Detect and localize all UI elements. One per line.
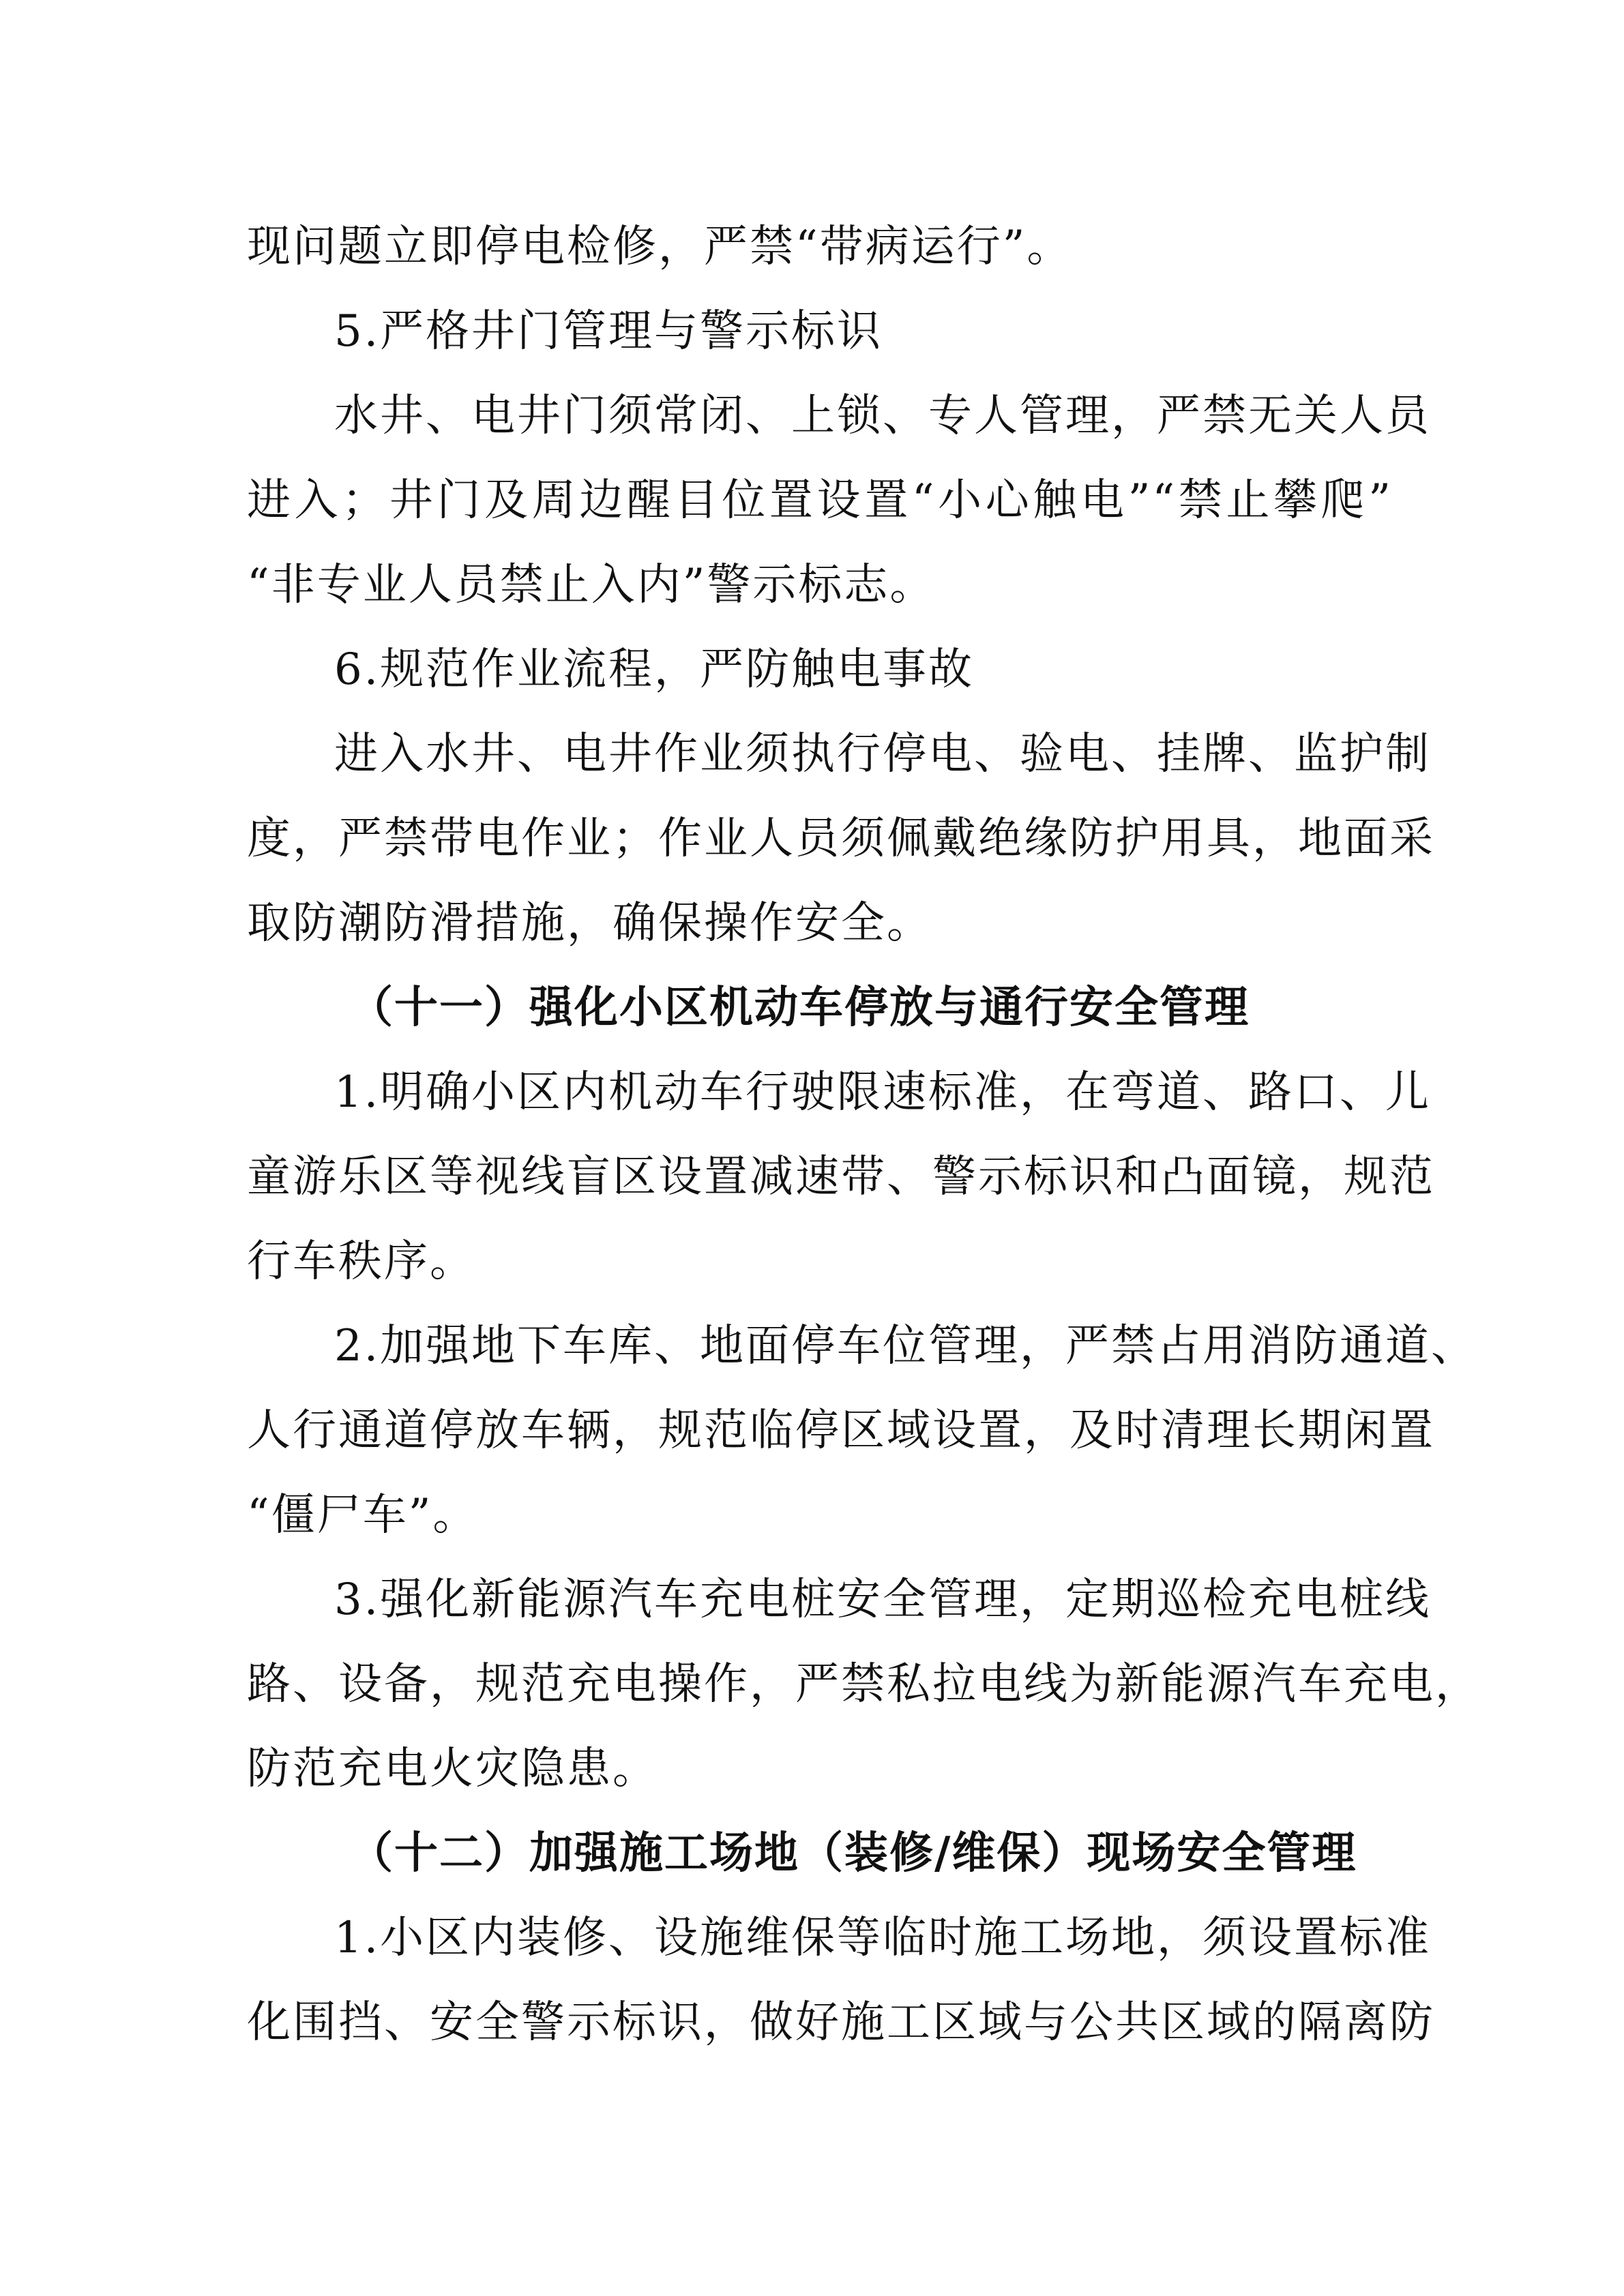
paragraph-line: 童游乐区等视线盲区设置减速带、警示标识和凸面镜，规范: [247, 1150, 1393, 1234]
paragraph-line: 取防潮防滑措施，确保操作安全。: [247, 896, 1393, 981]
paragraph-line: 防范充电火灾隐患。: [247, 1742, 1393, 1826]
paragraph-line: 路、设备，规范充电操作，严禁私拉电线为新能源汽车充电，: [247, 1657, 1393, 1742]
paragraph-line: 1.小区内装修、设施维保等临时施工场地，须设置标准: [334, 1911, 1393, 1995]
section-heading-12: （十二）加强施工场地（装修/维保）现场安全管理: [349, 1826, 1495, 1911]
item-title-5: 5.严格井门管理与警示标识: [334, 304, 1393, 389]
paragraph-line: 现问题立即停电检修，严禁“带病运行”。: [247, 220, 1393, 304]
paragraph-line: 人行通道停放车辆，规范临停区域设置，及时清理长期闲置: [247, 1403, 1393, 1488]
paragraph-line: “非专业人员禁止入内”警示标志。: [247, 558, 1393, 642]
paragraph-line: 3.强化新能源汽车充电桩安全管理，定期巡检充电桩线: [334, 1572, 1393, 1657]
paragraph-line: 化围挡、安全警示标识，做好施工区域与公共区域的隔离防: [247, 1995, 1393, 2080]
paragraph-line: “僵尸车”。: [247, 1488, 1393, 1572]
paragraph-line: 进入水井、电井作业须执行停电、验电、挂牌、监护制: [334, 727, 1393, 811]
item-title-6: 6.规范作业流程，严防触电事故: [334, 642, 1393, 727]
paragraph-line: 2.加强地下车库、地面停车位管理，严禁占用消防通道、: [334, 1319, 1393, 1403]
paragraph-line: 1.明确小区内机动车行驶限速标准，在弯道、路口、儿: [334, 1065, 1393, 1150]
paragraph-line: 行车秩序。: [247, 1234, 1393, 1319]
document-page: 现问题立即停电检修，严禁“带病运行”。 5.严格井门管理与警示标识 水井、电井门…: [0, 0, 1624, 2296]
paragraph-line: 进入；井门及周边醒目位置设置“小心触电”“禁止攀爬”: [247, 473, 1393, 558]
section-heading-11: （十一）强化小区机动车停放与通行安全管理: [349, 981, 1495, 1065]
paragraph-line: 度，严禁带电作业；作业人员须佩戴绝缘防护用具，地面采: [247, 811, 1393, 896]
paragraph-line: 水井、电井门须常闭、上锁、专人管理，严禁无关人员: [334, 389, 1393, 473]
